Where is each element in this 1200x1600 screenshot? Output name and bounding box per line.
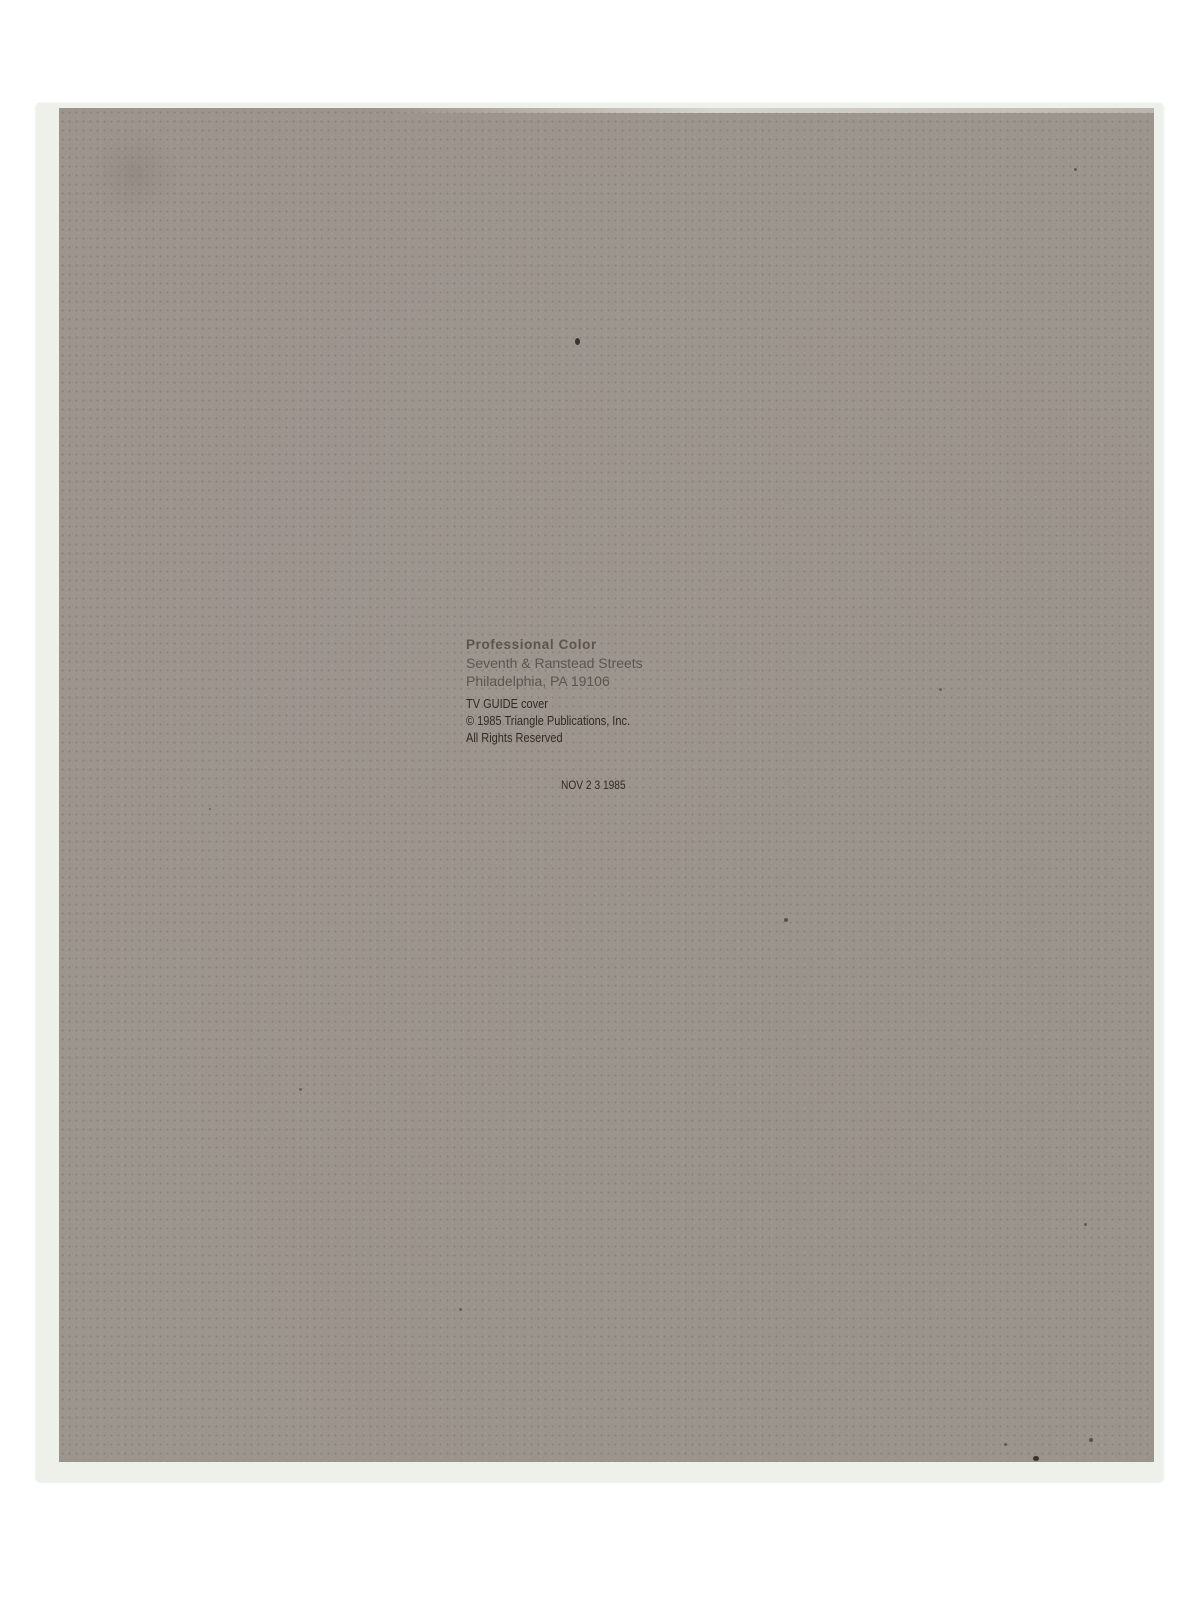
- top-edge-wear: [59, 108, 1154, 113]
- speck: [575, 338, 580, 345]
- speck: [1084, 1223, 1087, 1226]
- stamp-address-line2: Philadelphia, PA 19106: [466, 672, 652, 690]
- stamp-copyright-line: © 1985 Triangle Publications, Inc.: [466, 713, 630, 730]
- stamp-address-line1: Seventh & Ranstead Streets: [466, 654, 652, 672]
- stamp-cover-line: TV GUIDE cover: [466, 696, 630, 713]
- stamp-company: Professional Color: [466, 636, 652, 654]
- corner-stain: [89, 128, 179, 218]
- speck: [459, 1308, 462, 1311]
- speck: [299, 1088, 302, 1091]
- speck: [1089, 1438, 1093, 1442]
- speck: [1004, 1443, 1007, 1446]
- speck: [1033, 1456, 1039, 1461]
- photo-stage: Professional Color Seventh & Ranstead St…: [0, 0, 1200, 1600]
- speck: [939, 688, 942, 691]
- speck: [784, 918, 788, 922]
- stamp-rights-line: All Rights Reserved: [466, 730, 630, 747]
- stamp-date: NOV 2 3 1985: [561, 778, 626, 792]
- stamp-block: Professional Color Seventh & Ranstead St…: [466, 636, 652, 747]
- speck: [1074, 168, 1077, 171]
- speck: [209, 808, 211, 810]
